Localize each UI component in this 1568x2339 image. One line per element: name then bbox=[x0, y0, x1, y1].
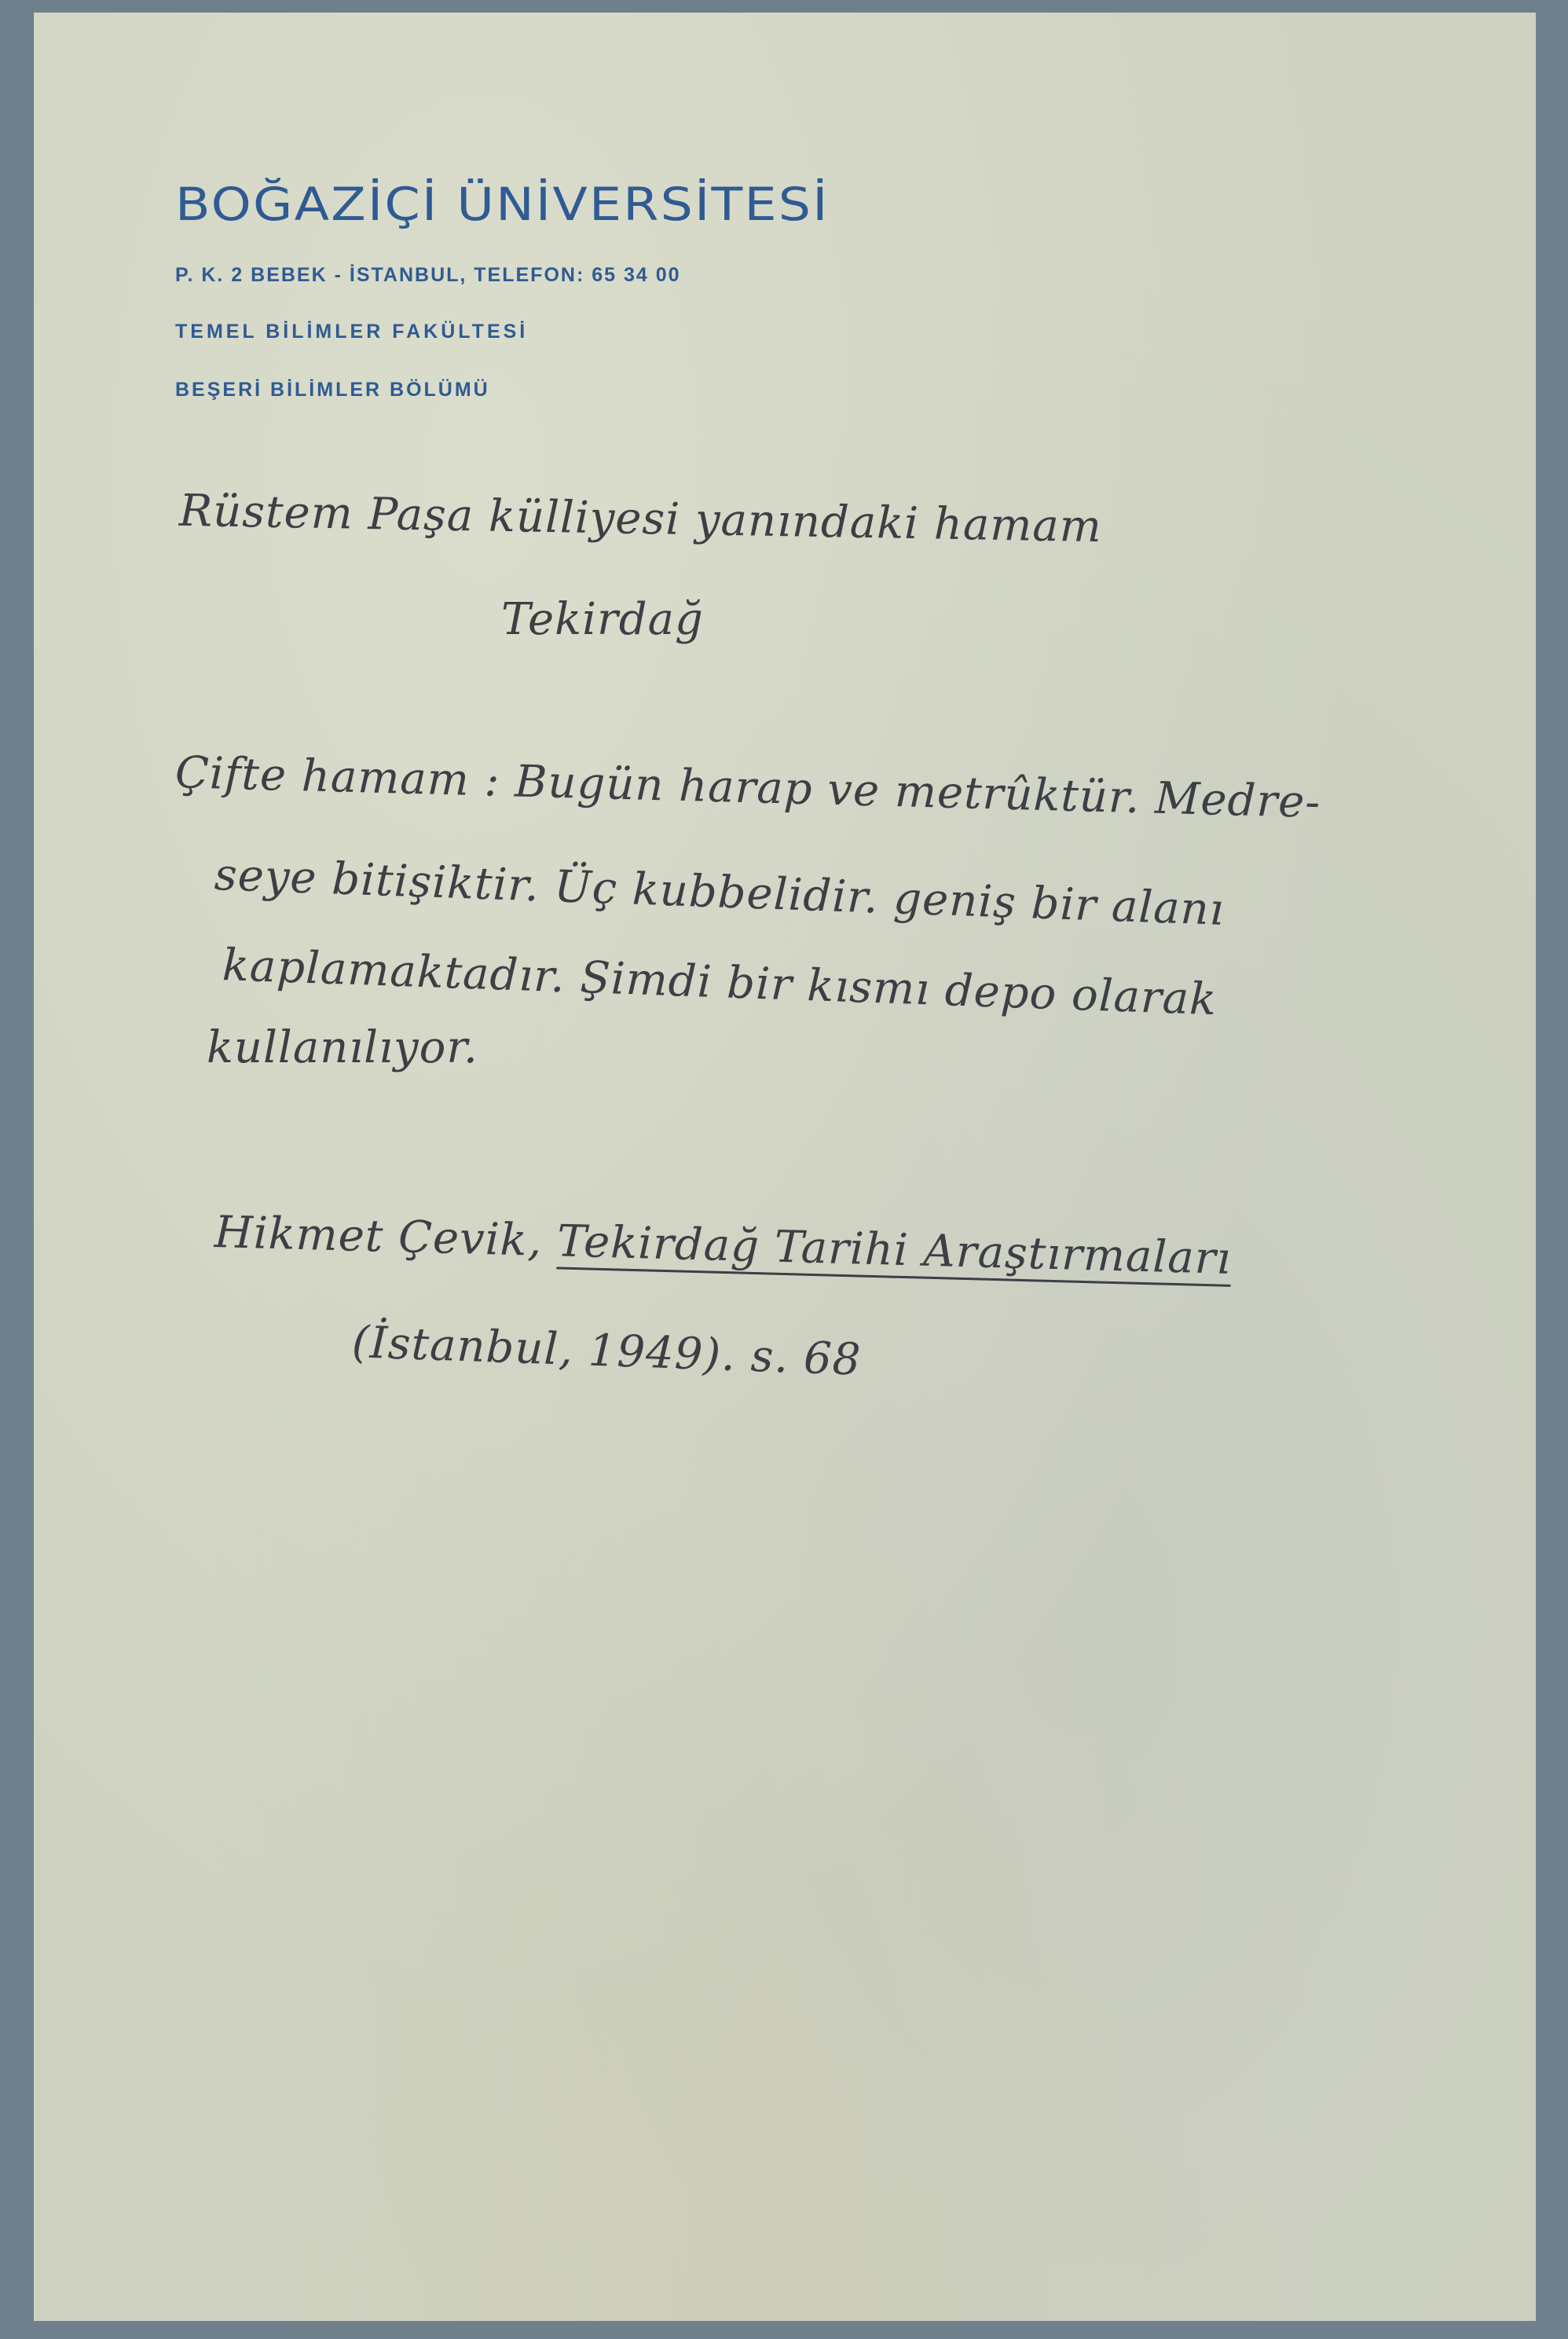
department-line: BEŞERİ BİLİMLER BÖLÜMÜ bbox=[175, 379, 490, 401]
letter-paper: BOĞAZİÇİ ÜNİVERSİTESİ P. K. 2 BEBEK - İS… bbox=[34, 13, 1536, 2321]
note-place: Tekirdağ bbox=[501, 594, 704, 645]
university-name: BOĞAZİÇİ ÜNİVERSİTESİ bbox=[175, 178, 830, 231]
faculty-line: TEMEL BİLİMLER FAKÜLTESİ bbox=[175, 321, 528, 343]
reference-publication: (İstanbul, 1949). s. 68 bbox=[351, 1317, 863, 1386]
reference-work-title: Tekirdağ Tarihi Araştırmaları bbox=[556, 1215, 1232, 1284]
note-body-line: kullanılıyor. bbox=[207, 1022, 478, 1073]
note-body-line: seye bitişiktir. Üç kubbelidir. geniş bi… bbox=[214, 849, 1225, 936]
reference-citation: Hikmet Çevik, Tekirdağ Tarihi Araştırmal… bbox=[214, 1207, 1232, 1285]
note-body-line: Çifte hamam : Bugün harap ve metrûktür. … bbox=[174, 747, 1321, 828]
address-line: P. K. 2 BEBEK - İSTANBUL, TELEFON: 65 34… bbox=[175, 264, 681, 287]
note-body-line: kaplamaktadır. Şimdi bir kısmı depo olar… bbox=[222, 940, 1218, 1025]
letterhead: BOĞAZİÇİ ÜNİVERSİTESİ P. K. 2 BEBEK - İS… bbox=[175, 178, 759, 231]
reference-author: Hikmet Çevik, bbox=[214, 1207, 543, 1267]
note-title: Rüstem Paşa külliyesi yanındaki hamam bbox=[179, 486, 1103, 552]
